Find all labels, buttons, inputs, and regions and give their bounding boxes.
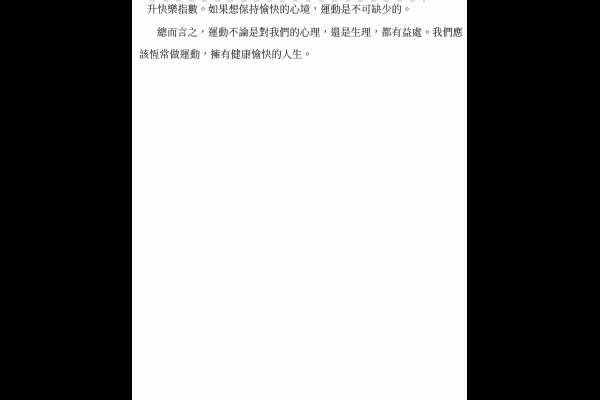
text-line-3: 該恆常做運動，擁有健康愉快的人生。 [132,45,467,68]
text-line-1: 升快樂指數。如果想保持愉快的心境，運動是不可缺少的。 [132,0,467,23]
document-page: 升快樂指數。如果想保持愉快的心境，運動是不可缺少的。 總而言之，運動不論是對我們… [132,0,467,400]
document-text: 升快樂指數。如果想保持愉快的心境，運動是不可缺少的。 總而言之，運動不論是對我們… [132,0,467,68]
text-line-2: 總而言之，運動不論是對我們的心理，還是生理，都有益處。我們應 [132,23,467,46]
viewer-background: 升快樂指數。如果想保持愉快的心境，運動是不可缺少的。 總而言之，運動不論是對我們… [0,0,600,400]
